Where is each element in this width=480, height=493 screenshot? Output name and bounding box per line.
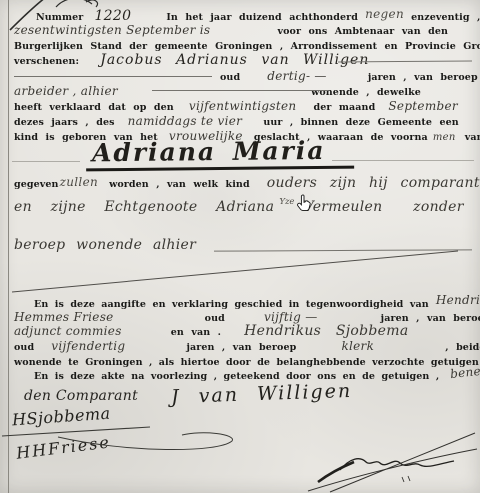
superscript-correction: Yze: [279, 197, 294, 207]
registrar-signature: [308, 433, 477, 492]
line-comparant-signature: den Comparant J van Willigen: [24, 383, 352, 405]
signature-witness1: HHFriese: [15, 432, 112, 462]
signature-witness2: HSjobbema: [11, 404, 111, 430]
line-closing: En is deze akte na voorlezing , geteeken…: [34, 364, 480, 383]
hand-pointer-icon: [297, 194, 311, 212]
printed-segment: En is deze akte na voorlezing , geteeken…: [34, 371, 439, 382]
left-margin-rule: [8, 0, 9, 493]
mother-name-part2: Vermeulen zonder: [304, 199, 464, 215]
signature-father: J van Willigen: [171, 380, 353, 408]
handwritten-segment: den Comparant: [24, 388, 138, 404]
document-scan: Nummer 1220 In het jaar duizend achthond…: [0, 0, 480, 493]
handwritten-segment: zullen: [60, 175, 98, 189]
printed-segment: gegeven: [14, 179, 59, 190]
witness1-firstname: Hendrikus: [436, 293, 480, 307]
blank-strike-diagonal: [12, 251, 458, 292]
blank-rule: [14, 76, 212, 77]
blank-rule: [12, 161, 80, 162]
handwritten-segment: beroep wonende alhier: [14, 237, 196, 253]
printed-segment: verschenen:: [14, 56, 79, 67]
line-mother-occupation: beroep wonende alhier: [14, 234, 196, 253]
child-name: Adriana Maria: [86, 136, 354, 172]
blank-rule: [214, 249, 472, 251]
mother-name-part1: en zijne Echtgenoote Adriana: [14, 199, 274, 215]
blank-rule: [332, 160, 474, 161]
blank-rule: [338, 61, 472, 63]
blank-rule: [152, 90, 328, 91]
printed-segment: worden , van welk kind: [109, 179, 250, 190]
line-parents: gegeven zullen worden , van welk kind ou…: [14, 172, 480, 191]
handwritten-segment: benevens: [450, 361, 480, 381]
printed-segment: van: [465, 132, 480, 143]
handwritten-suffix: men: [433, 132, 456, 143]
handwritten-parents: ouders zijn hij comparant: [267, 175, 480, 191]
line-mother: en zijne Echtgenoote Adriana Yze Vermeul…: [14, 196, 464, 215]
